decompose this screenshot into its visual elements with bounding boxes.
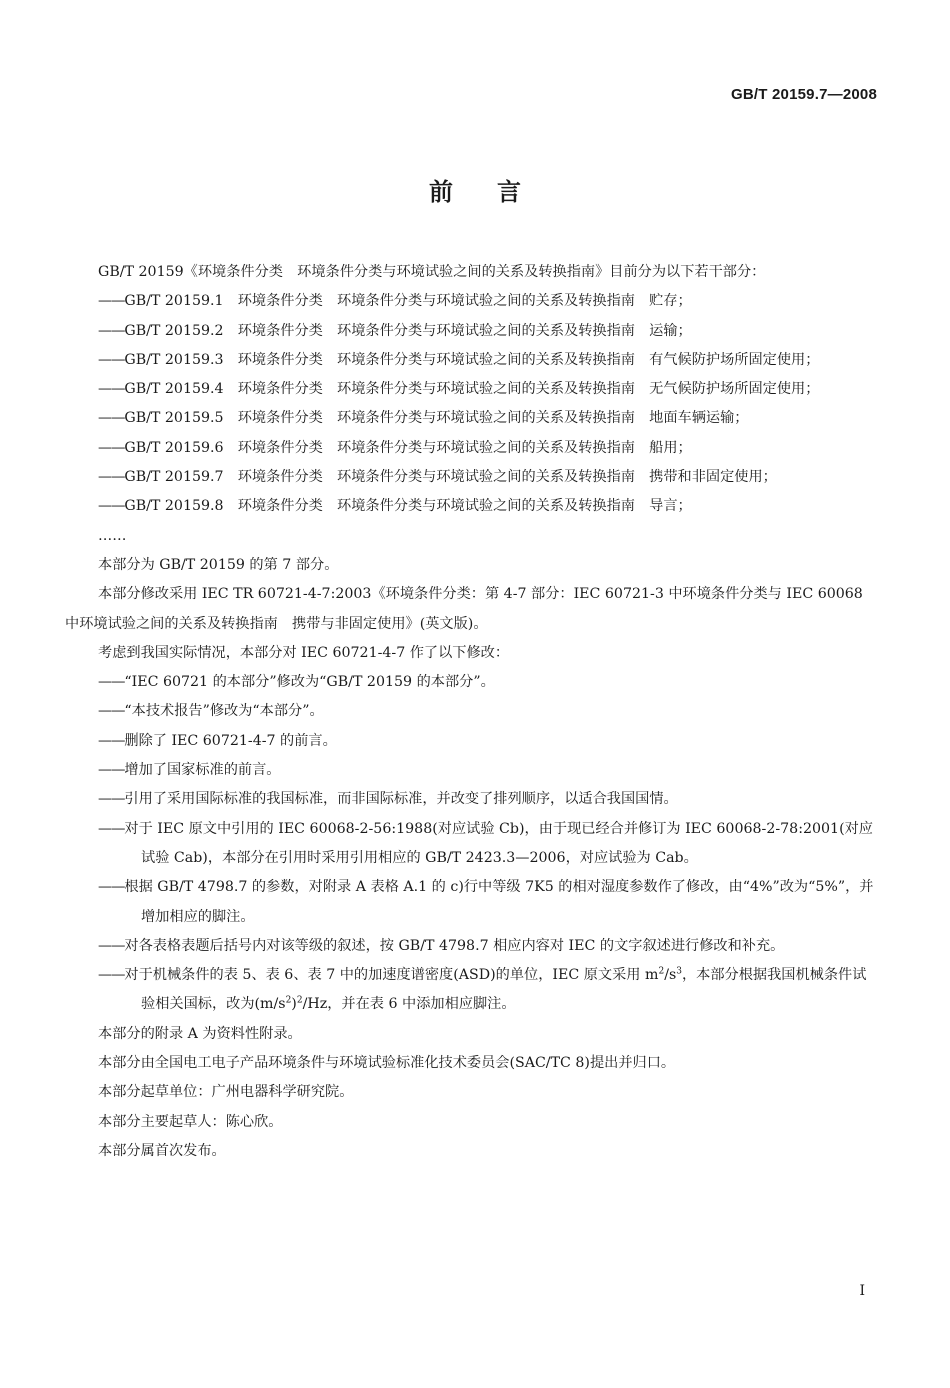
list-item: ——GB/T 20159.6 环境条件分类 环境条件分类与环境试验之间的关系及转…: [65, 434, 877, 463]
list-item: ——GB/T 20159.3 环境条件分类 环境条件分类与环境试验之间的关系及转…: [65, 346, 877, 375]
dash-marker: ——: [98, 967, 124, 983]
list-item-text: GB/T 20159.1 环境条件分类 环境条件分类与环境试验之间的关系及转换指…: [124, 293, 691, 309]
list-item-text: GB/T 20159.3 环境条件分类 环境条件分类与环境试验之间的关系及转换指…: [124, 352, 819, 368]
list-item-text: 根据 GB/T 4798.7 的参数，对附录 A 表格 A.1 的 c)行中等级…: [124, 879, 873, 924]
dash-marker: ——: [98, 440, 124, 456]
drafter-paragraph: 本部分主要起草人：陈心欣。: [65, 1108, 877, 1137]
list-item: ——“本技术报告”修改为“本部分”。: [65, 697, 877, 726]
list-item: ——GB/T 20159.1 环境条件分类 环境条件分类与环境试验之间的关系及转…: [65, 287, 877, 316]
list-item-text: GB/T 20159.4 环境条件分类 环境条件分类与环境试验之间的关系及转换指…: [124, 381, 819, 397]
dash-marker: ——: [98, 293, 124, 309]
dash-marker: ——: [98, 879, 124, 895]
list-item-text: /s: [664, 967, 676, 983]
dash-marker: ——: [98, 381, 124, 397]
list-item: ——“IEC 60721 的本部分”修改为“GB/T 20159 的本部分”。: [65, 668, 877, 697]
list-item-text: GB/T 20159.7 环境条件分类 环境条件分类与环境试验之间的关系及转换指…: [124, 469, 777, 485]
dash-marker: ——: [98, 938, 124, 954]
list-item-text: 对于 IEC 原文中引用的 IEC 60068-2-56:1988(对应试验 C…: [124, 821, 873, 866]
list-item: ——增加了国家标准的前言。: [65, 756, 877, 785]
list-item: ——GB/T 20159.4 环境条件分类 环境条件分类与环境试验之间的关系及转…: [65, 375, 877, 404]
list-item: ——对于机械条件的表 5、表 6、表 7 中的加速度谱密度(ASD)的单位，IE…: [65, 961, 877, 1020]
dash-marker: ——: [98, 410, 124, 426]
list-item-text: /Hz，并在表 6 中添加相应脚注。: [303, 996, 516, 1012]
dash-marker: ——: [98, 821, 124, 837]
list-item: ——对各表格表题后括号内对该等级的叙述，按 GB/T 4798.7 相应内容对 …: [65, 932, 877, 961]
list-item: ——GB/T 20159.2 环境条件分类 环境条件分类与环境试验之间的关系及转…: [65, 317, 877, 346]
page-number: I: [859, 1283, 865, 1299]
dash-marker: ——: [98, 469, 124, 485]
committee-paragraph: 本部分由全国电工电子产品环境条件与环境试验标准化技术委员会(SAC/TC 8)提…: [65, 1049, 877, 1078]
first-release-paragraph: 本部分属首次发布。: [65, 1137, 877, 1166]
list-item-text: GB/T 20159.8 环境条件分类 环境条件分类与环境试验之间的关系及转换指…: [124, 498, 691, 514]
dash-marker: ——: [98, 498, 124, 514]
dash-marker: ——: [98, 323, 124, 339]
dash-marker: ——: [98, 674, 124, 690]
list-item-text: 对各表格表题后括号内对该等级的叙述，按 GB/T 4798.7 相应内容对 IE…: [124, 938, 784, 954]
list-item-text: “本技术报告”修改为“本部分”。: [124, 703, 323, 719]
standard-number: GB/T 20159.7—2008: [731, 86, 877, 103]
list-item-text: GB/T 20159.6 环境条件分类 环境条件分类与环境试验之间的关系及转换指…: [124, 440, 691, 456]
intro-paragraph: GB/T 20159《环境条件分类 环境条件分类与环境试验之间的关系及转换指南》…: [65, 258, 877, 287]
list-item-text: GB/T 20159.5 环境条件分类 环境条件分类与环境试验之间的关系及转换指…: [124, 410, 748, 426]
annex-paragraph: 本部分的附录 A 为资料性附录。: [65, 1020, 877, 1049]
list-item: ——删除了 IEC 60721-4-7 的前言。: [65, 727, 877, 756]
list-item-text: GB/T 20159.2 环境条件分类 环境条件分类与环境试验之间的关系及转换指…: [124, 323, 691, 339]
list-item: ——GB/T 20159.8 环境条件分类 环境条件分类与环境试验之间的关系及转…: [65, 492, 877, 521]
list-item-text: 删除了 IEC 60721-4-7 的前言。: [124, 733, 336, 749]
list-item: ——GB/T 20159.5 环境条件分类 环境条件分类与环境试验之间的关系及转…: [65, 404, 877, 433]
modifications-intro: 考虑到我国实际情况，本部分对 IEC 60721-4-7 作了以下修改：: [65, 639, 877, 668]
adoption-paragraph: 本部分修改采用 IEC TR 60721-4-7:2003《环境条件分类：第 4…: [65, 580, 877, 639]
list-item-text: 对于机械条件的表 5、表 6、表 7 中的加速度谱密度(ASD)的单位，IEC …: [124, 967, 658, 983]
document-body: GB/T 20159《环境条件分类 环境条件分类与环境试验之间的关系及转换指南》…: [65, 258, 877, 1166]
list-item: ——GB/T 20159.7 环境条件分类 环境条件分类与环境试验之间的关系及转…: [65, 463, 877, 492]
list-item-text: 增加了国家标准的前言。: [124, 762, 280, 778]
dash-marker: ——: [98, 703, 124, 719]
drafting-unit-paragraph: 本部分起草单位：广州电器科学研究院。: [65, 1078, 877, 1107]
parts-list: ——GB/T 20159.1 环境条件分类 环境条件分类与环境试验之间的关系及转…: [65, 287, 877, 551]
list-item-text: “IEC 60721 的本部分”修改为“GB/T 20159 的本部分”。: [124, 674, 494, 690]
dash-marker: ——: [98, 791, 124, 807]
list-item: ——对于 IEC 原文中引用的 IEC 60068-2-56:1988(对应试验…: [65, 815, 877, 874]
modifications-list: ——“IEC 60721 的本部分”修改为“GB/T 20159 的本部分”。 …: [65, 668, 877, 1020]
ellipsis: ……: [65, 522, 877, 551]
dash-marker: ——: [98, 762, 124, 778]
part-of-paragraph: 本部分为 GB/T 20159 的第 7 部分。: [65, 551, 877, 580]
list-item: ——引用了采用国际标准的我国标准，而非国际标准，并改变了排列顺序，以适合我国国情…: [65, 785, 877, 814]
list-item: ——根据 GB/T 4798.7 的参数，对附录 A 表格 A.1 的 c)行中…: [65, 873, 877, 932]
list-item-text: 引用了采用国际标准的我国标准，而非国际标准，并改变了排列顺序，以适合我国国情。: [124, 791, 677, 807]
dash-marker: ——: [98, 733, 124, 749]
dash-marker: ——: [98, 352, 124, 368]
page-title: 前言: [0, 172, 950, 207]
